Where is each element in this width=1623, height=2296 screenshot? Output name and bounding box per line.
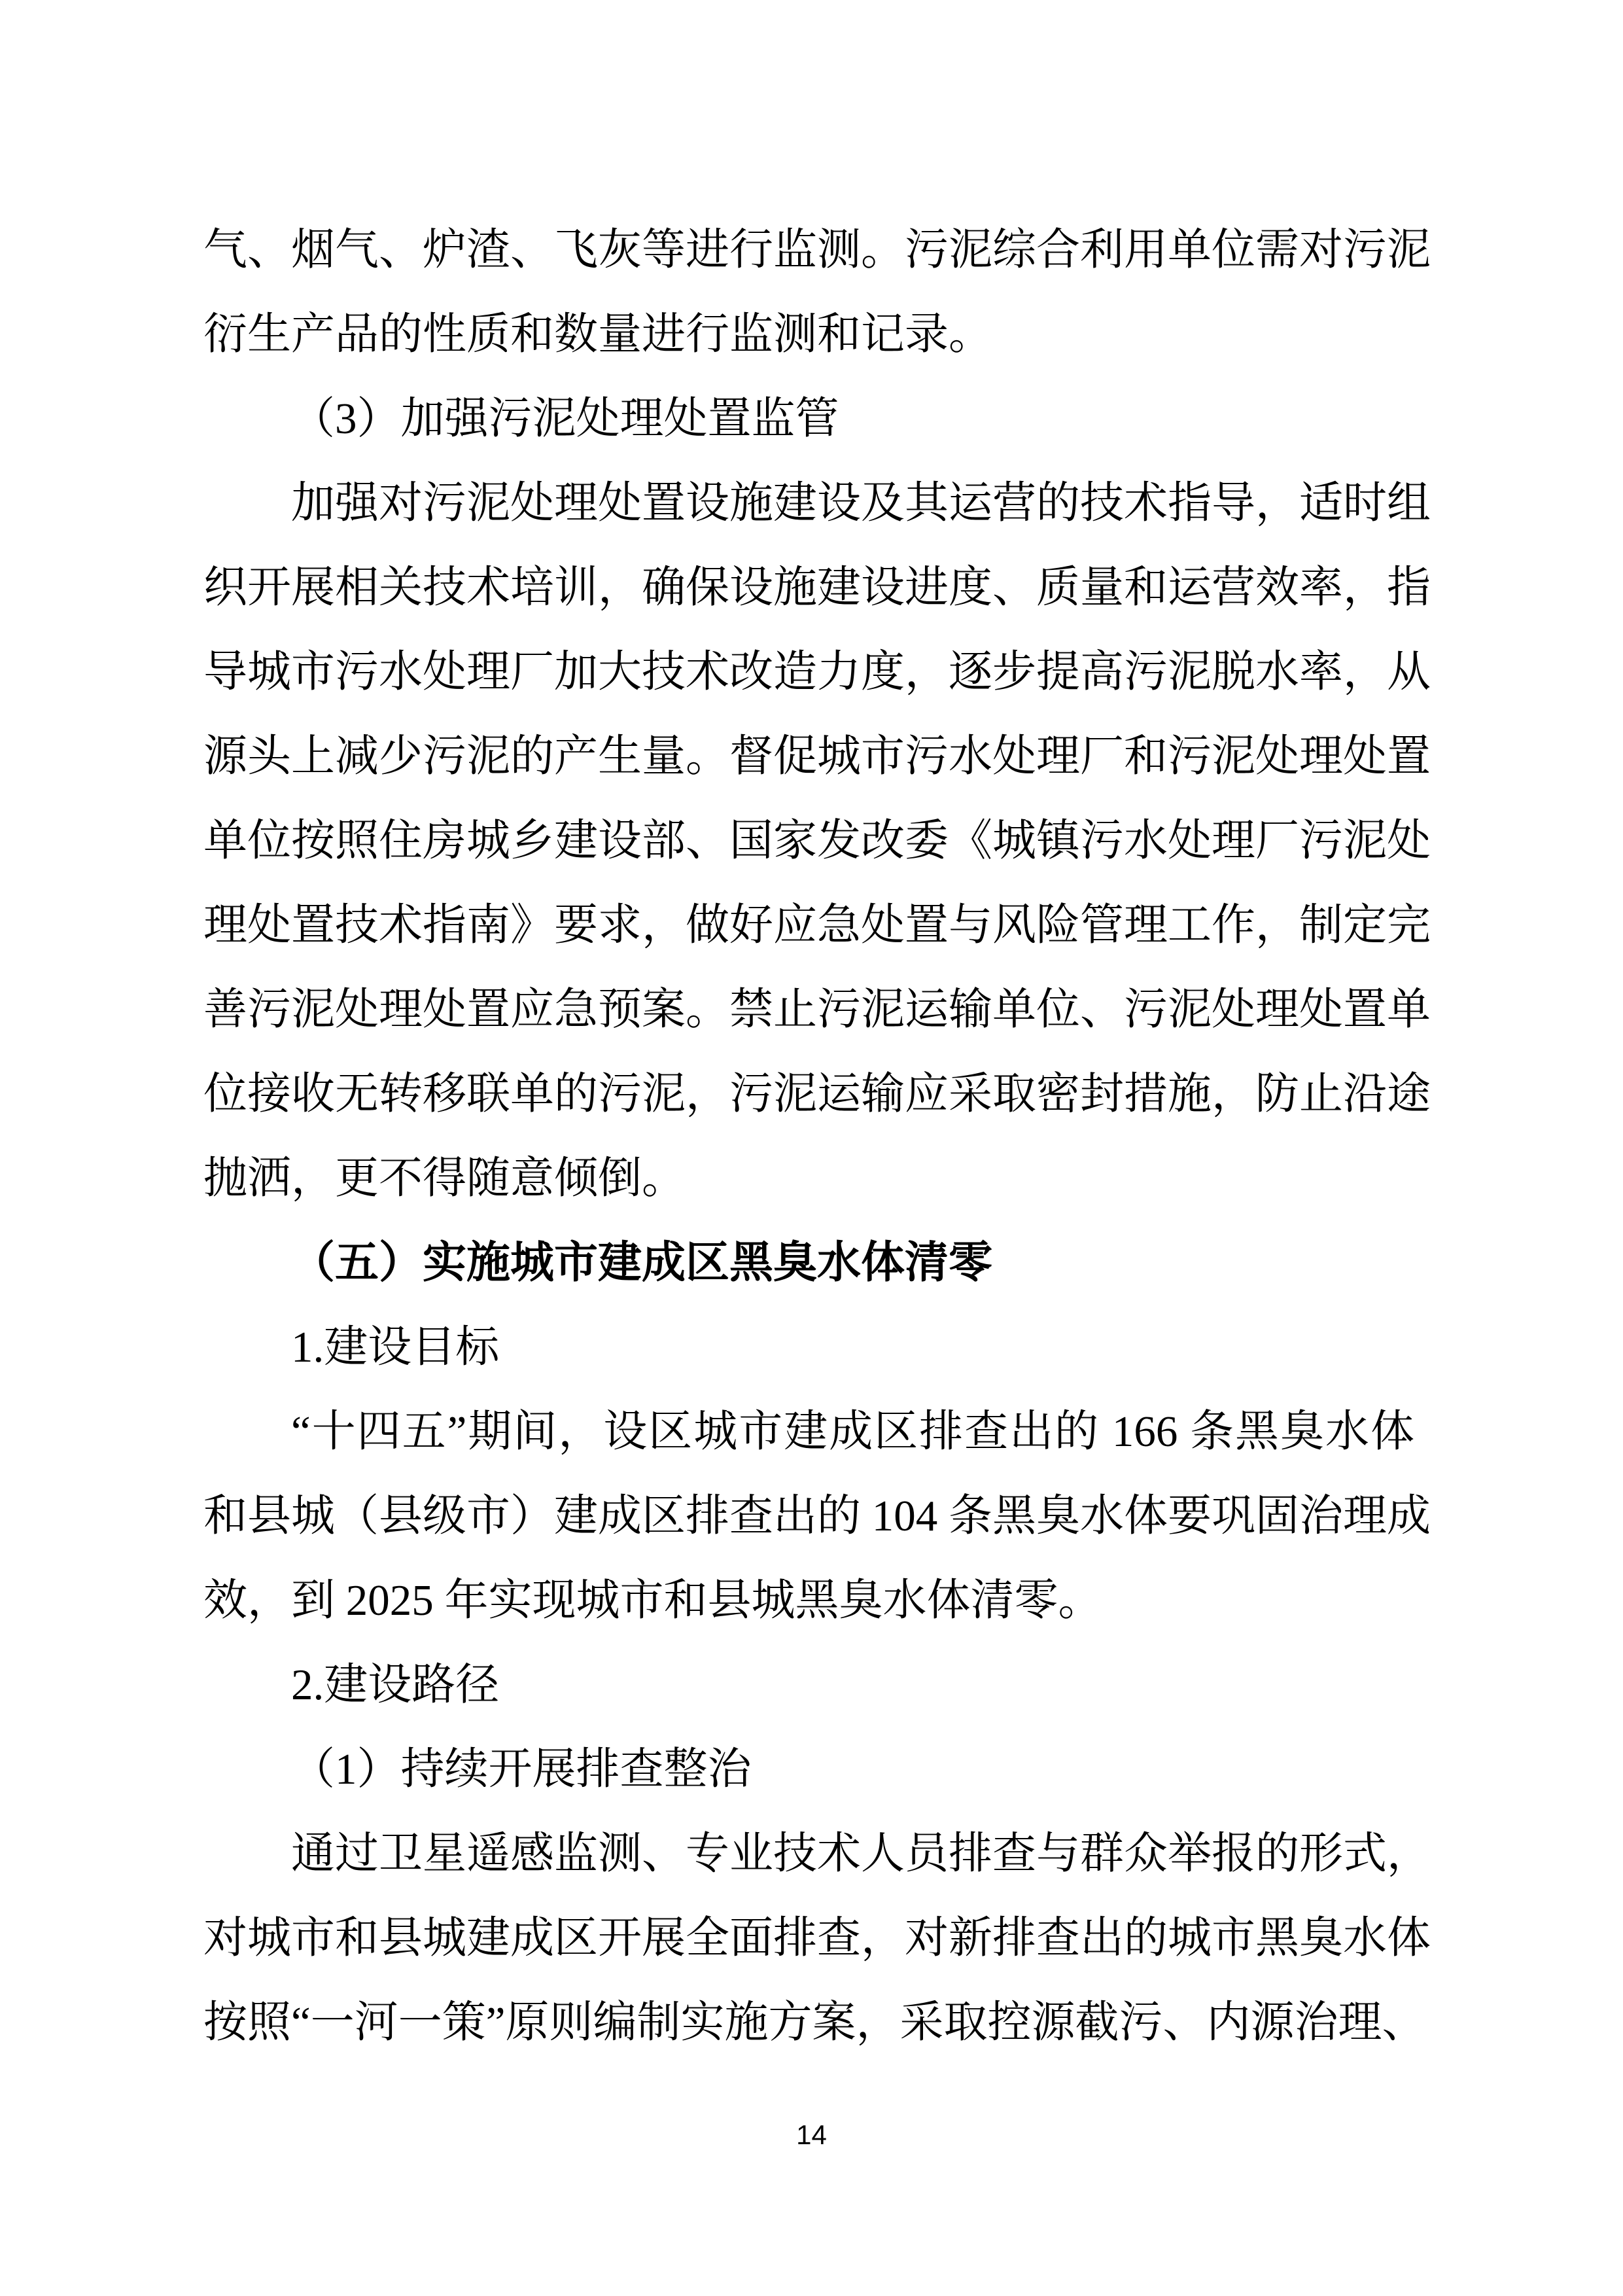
page-number: 14 bbox=[796, 2119, 827, 2150]
text-line: 理处置技术指南》要求，做好应急处置与风险管理工作，制定完 bbox=[203, 883, 1414, 968]
text-line: 按照“一河一策”原则编制实施方案，采取控源截污、内源治理、 bbox=[203, 1981, 1414, 2065]
text-line: 加强对污泥处理处置设施建设及其运营的技术指导，适时组 bbox=[203, 461, 1414, 546]
text-line: 善污泥处理处置应急预案。禁止污泥运输单位、污泥处理处置单 bbox=[203, 968, 1414, 1052]
text-line: 1.建设目标 bbox=[203, 1305, 1414, 1390]
text-line: （3）加强污泥处理处置监管 bbox=[203, 377, 1414, 461]
text-line: 织开展相关技术培训，确保设施建设进度、质量和运营效率，指 bbox=[203, 546, 1414, 630]
text-line: “十四五”期间，设区城市建成区排查出的 166 条黑臭水体 bbox=[203, 1390, 1414, 1474]
text-line: 对城市和县城建成区开展全面排查，对新排查出的城市黑臭水体 bbox=[203, 1896, 1414, 1981]
text-line: 衍生产品的性质和数量进行监测和记录。 bbox=[203, 292, 1414, 377]
text-line: 2.建设路径 bbox=[203, 1643, 1414, 1727]
text-line: （五）实施城市建成区黑臭水体清零 bbox=[203, 1221, 1414, 1305]
text-line: （1）持续开展排查整治 bbox=[203, 1727, 1414, 1812]
document-body: 气、烟气、炉渣、飞灰等进行监测。污泥综合利用单位需对污泥衍生产品的性质和数量进行… bbox=[203, 208, 1414, 2065]
text-line: 位接收无转移联单的污泥，污泥运输应采取密封措施，防止沿途 bbox=[203, 1052, 1414, 1137]
text-line: 气、烟气、炉渣、飞灰等进行监测。污泥综合利用单位需对污泥 bbox=[203, 208, 1414, 292]
text-line: 和县城（县级市）建成区排查出的 104 条黑臭水体要巩固治理成 bbox=[203, 1474, 1414, 1559]
text-line: 导城市污水处理厂加大技术改造力度，逐步提高污泥脱水率，从 bbox=[203, 630, 1414, 715]
text-line: 效，到 2025 年实现城市和县城黑臭水体清零。 bbox=[203, 1559, 1414, 1643]
text-line: 抛洒，更不得随意倾倒。 bbox=[203, 1137, 1414, 1221]
document-page: 气、烟气、炉渣、飞灰等进行监测。污泥综合利用单位需对污泥衍生产品的性质和数量进行… bbox=[0, 0, 1623, 2296]
page-footer: 14 bbox=[0, 2119, 1623, 2151]
text-line: 源头上减少污泥的产生量。督促城市污水处理厂和污泥处理处置 bbox=[203, 715, 1414, 799]
text-line: 通过卫星遥感监测、专业技术人员排查与群众举报的形式， bbox=[203, 1812, 1414, 1896]
text-line: 单位按照住房城乡建设部、国家发改委《城镇污水处理厂污泥处 bbox=[203, 799, 1414, 883]
